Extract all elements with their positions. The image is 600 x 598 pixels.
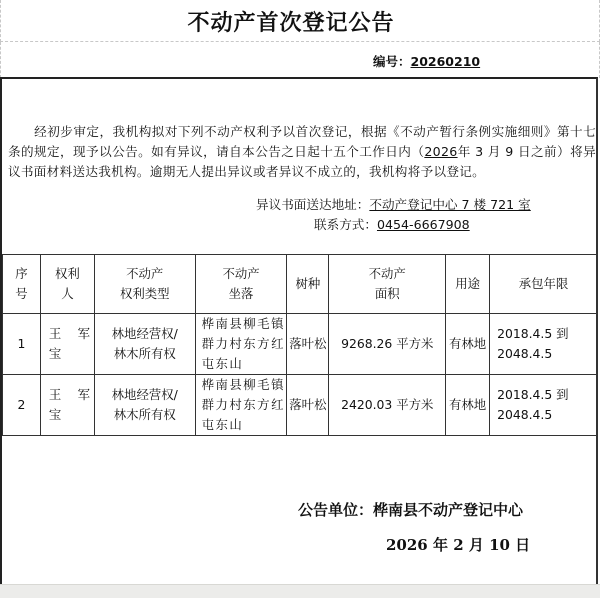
cell-location: 桦南县柳毛镇群力村东方红屯东山 xyxy=(195,314,287,375)
cell-term: 2018.4.5 到2048.4.5 xyxy=(490,314,598,375)
registration-table: 序号 权利人 不动产权利类型 不动产坐落 树种 不动产面积 用途 承包年限 1 … xyxy=(2,254,598,436)
address-label: 异议书面送达地址： xyxy=(256,197,369,212)
cell-tree: 落叶松 xyxy=(287,314,329,375)
cell-right-type: 林地经营权/林木所有权 xyxy=(94,375,195,436)
table-row: 1 王 军宝 林地经营权/林木所有权 桦南县柳毛镇群力村东方红屯东山 落叶松 9… xyxy=(3,314,598,375)
announcement-number: 编号：20260210 xyxy=(373,52,480,70)
cell-seq: 2 xyxy=(3,375,41,436)
header-location: 不动产坐落 xyxy=(195,255,287,314)
header-term: 承包年限 xyxy=(490,255,598,314)
table-row: 2 王 军宝 林地经营权/林木所有权 桦南县柳毛镇群力村东方红屯东山 落叶松 2… xyxy=(3,375,598,436)
intro-year: 2026 xyxy=(424,144,457,159)
cell-right-type: 林地经营权/林木所有权 xyxy=(94,314,195,375)
cell-area: 2420.03 平方米 xyxy=(329,375,446,436)
cell-holder: 王 军宝 xyxy=(40,375,94,436)
cell-tree: 落叶松 xyxy=(287,375,329,436)
horizontal-scrollbar[interactable] xyxy=(0,584,600,598)
header-area: 不动产面积 xyxy=(329,255,446,314)
number-value: 20260210 xyxy=(411,54,481,69)
cell-use: 有林地 xyxy=(446,375,490,436)
cell-seq: 1 xyxy=(3,314,41,375)
address-line: 异议书面送达地址：不动产登记中心 7 楼 721 室 xyxy=(256,195,531,215)
issuing-unit: 公告单位：桦南县不动产登记中心 xyxy=(298,499,523,520)
issue-date: 2026 年 2 月 10 日 xyxy=(386,534,530,555)
phone-line: 联系方式：0454-6667908 xyxy=(314,215,470,235)
table-header-row: 序号 权利人 不动产权利类型 不动产坐落 树种 不动产面积 用途 承包年限 xyxy=(3,255,598,314)
number-row: 编号：20260210 xyxy=(0,42,600,78)
address-value: 不动产登记中心 7 楼 721 室 xyxy=(369,197,530,212)
number-label: 编号： xyxy=(373,54,411,69)
cell-area: 9268.26 平方米 xyxy=(329,314,446,375)
header-use: 用途 xyxy=(446,255,490,314)
phone-value: 0454-6667908 xyxy=(377,217,470,232)
intro-paragraph: 经初步审定，我机构拟对下列不动产权利予以首次登记，根据《不动产暂行条例实施细则》… xyxy=(8,122,596,182)
cell-holder: 王 军宝 xyxy=(40,314,94,375)
header-tree: 树种 xyxy=(287,255,329,314)
title-row: 不动产首次登记公告 xyxy=(0,0,600,42)
cell-term: 2018.4.5 到2048.4.5 xyxy=(490,375,598,436)
cell-use: 有林地 xyxy=(446,314,490,375)
page-title: 不动产首次登记公告 xyxy=(187,6,394,37)
header-seq: 序号 xyxy=(3,255,41,314)
header-holder: 权利人 xyxy=(40,255,94,314)
announcement-body: 经初步审定，我机构拟对下列不动产权利予以首次登记，根据《不动产暂行条例实施细则》… xyxy=(0,77,598,584)
cell-location: 桦南县柳毛镇群力村东方红屯东山 xyxy=(195,375,287,436)
phone-label: 联系方式： xyxy=(314,217,377,232)
announcement-page: 不动产首次登记公告 编号：20260210 经初步审定，我机构拟对下列不动产权利… xyxy=(0,0,600,598)
header-right-type: 不动产权利类型 xyxy=(94,255,195,314)
